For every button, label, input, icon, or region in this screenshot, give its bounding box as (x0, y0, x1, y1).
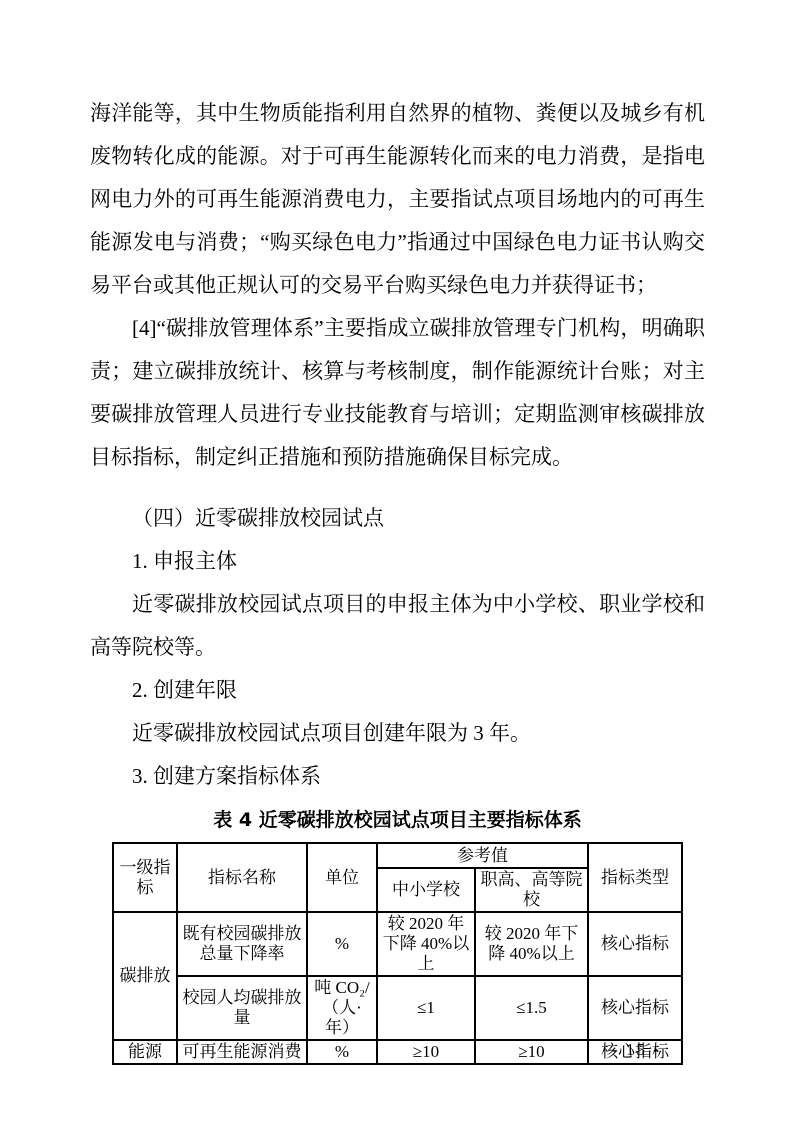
cell-ref-primary: ≤1 (377, 976, 475, 1040)
table-header-row-1: 一级指标 指标名称 单位 参考值 指标类型 (113, 843, 682, 868)
cell-category-carbon-emission: 碳排放 (113, 912, 177, 1040)
cell-indicator-name: 可再生能源消费 (177, 1040, 307, 1064)
paragraph-carbon-management-system: [4]“碳排放管理体系”主要指成立碳排放管理专门机构，明确职责；建立碳排放统计、… (90, 307, 705, 479)
table-row: 能源 可再生能源消费 % ≥10 ≥10 核心指标 (113, 1040, 682, 1064)
paragraph-renewable-energy-definition: 海洋能等，其中生物质能指利用自然界的植物、粪便以及城乡有机废物转化成的能源。对于… (90, 92, 705, 307)
item-2-label-creation-period: 2. 创建年限 (90, 669, 705, 712)
cell-indicator-name: 校园人均碳排放量 (177, 976, 307, 1040)
th-reference-value: 参考值 (377, 843, 588, 868)
cell-unit: 吨 CO₂/（人·年） (307, 976, 377, 1040)
cell-ref-higher: ≥10 (475, 1040, 588, 1064)
page-content: 海洋能等，其中生物质能指利用自然界的植物、粪便以及城乡有机废物转化成的能源。对于… (90, 0, 705, 1065)
cell-unit: % (307, 912, 377, 976)
cell-ref-higher: 较 2020 年下降 40%以上 (475, 912, 588, 976)
cell-ref-primary: ≥10 (377, 1040, 475, 1064)
cell-indicator-type: 核心指标 (588, 912, 682, 976)
cell-ref-primary: 较 2020 年下降 40%以上 (377, 912, 475, 976)
th-indicator-type: 指标类型 (588, 843, 682, 912)
section-heading-near-zero-campus: （四）近零碳排放校园试点 (90, 497, 705, 540)
document-page: 海洋能等，其中生物质能指利用自然界的植物、粪便以及城乡有机废物转化成的能源。对于… (0, 0, 794, 1123)
th-primary-secondary-school: 中小学校 (377, 868, 475, 912)
item-3-label-indicator-system: 3. 创建方案指标体系 (90, 755, 705, 798)
cell-indicator-type: 核心指标 (588, 976, 682, 1040)
item-2-body: 近零碳排放校园试点项目创建年限为 3 年。 (90, 712, 705, 755)
th-unit: 单位 (307, 843, 377, 912)
th-level1-indicator: 一级指标 (113, 843, 177, 912)
table-title: 表 4 近零碳排放校园试点项目主要指标体系 (90, 807, 705, 833)
table-row: 碳排放 既有校园碳排放总量下降率 % 较 2020 年下降 40%以上 较 20… (113, 912, 682, 976)
th-indicator-name: 指标名称 (177, 843, 307, 912)
item-1-body: 近零碳排放校园试点项目的申报主体为中小学校、职业学校和高等院校等。 (90, 583, 705, 669)
item-1-label-application-subject: 1. 申报主体 (90, 540, 705, 583)
cell-indicator-name: 既有校园碳排放总量下降率 (177, 912, 307, 976)
page-number: - 15 - (612, 1040, 661, 1060)
th-vocational-higher-school: 职高、高等院校 (475, 868, 588, 912)
table-row: 校园人均碳排放量 吨 CO₂/（人·年） ≤1 ≤1.5 核心指标 (113, 976, 682, 1040)
indicator-table: 一级指标 指标名称 单位 参考值 指标类型 中小学校 职高、高等院校 碳排放 既… (112, 842, 683, 1065)
cell-category-energy: 能源 (113, 1040, 177, 1064)
cell-ref-higher: ≤1.5 (475, 976, 588, 1040)
cell-unit: % (307, 1040, 377, 1064)
